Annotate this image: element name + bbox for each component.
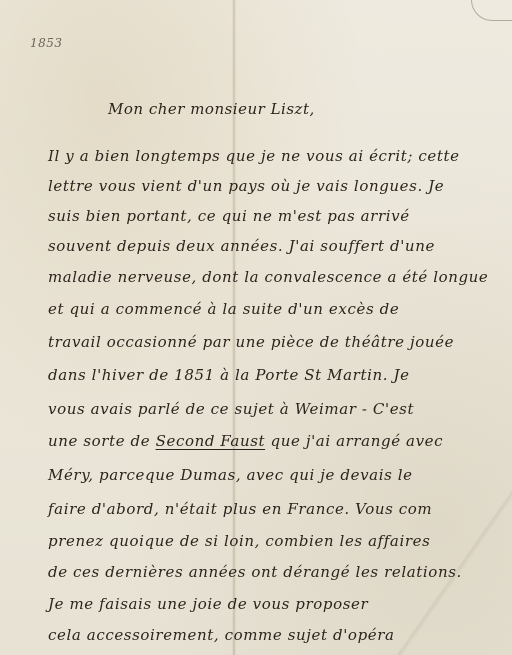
letter-line: souvent depuis deux années. J'ai souffer… [48,237,488,255]
letter-line: une sorte de Second Faust que j'ai arran… [48,432,488,450]
letter-line: dans l'hiver de 1851 à la Porte St Marti… [48,366,488,384]
letter-line: Méry, parceque Dumas, avec qui je devais… [48,466,488,484]
letter-line: Je me faisais une joie de vous proposer [48,595,488,613]
letter-line: et qui a commencé à la suite d'un excès … [48,300,488,318]
year-annotation: 1853 [30,36,63,50]
underlined-phrase: Second Faust [156,432,266,450]
letter-line: maladie nerveuse, dont la convalescence … [48,268,487,286]
letter-line: cela accessoirement, comme sujet d'opéra [48,626,488,644]
salutation: Mon cher monsieur Liszt, [108,100,315,118]
letter-line: vous avais parlé de ce sujet à Weimar - … [48,400,488,418]
letter-page: 1853 Mon cher monsieur Liszt, Il y a bie… [0,0,512,655]
letter-line: Il y a bien longtemps que je ne vous ai … [48,147,488,165]
letter-line: faire d'abord, n'était plus en France. V… [48,500,488,518]
letter-line: de ces dernières années ont dérangé les … [48,563,488,581]
letter-line: prenez quoique de si loin, combien les a… [48,532,488,550]
diagonal-fold-crease [0,0,512,655]
letter-line: lettre vous vient d'un pays où je vais l… [48,177,488,195]
letter-line: travail occasionné par une pièce de théâ… [48,333,488,351]
letter-line: suis bien portant, ce qui ne m'est pas a… [48,207,488,225]
